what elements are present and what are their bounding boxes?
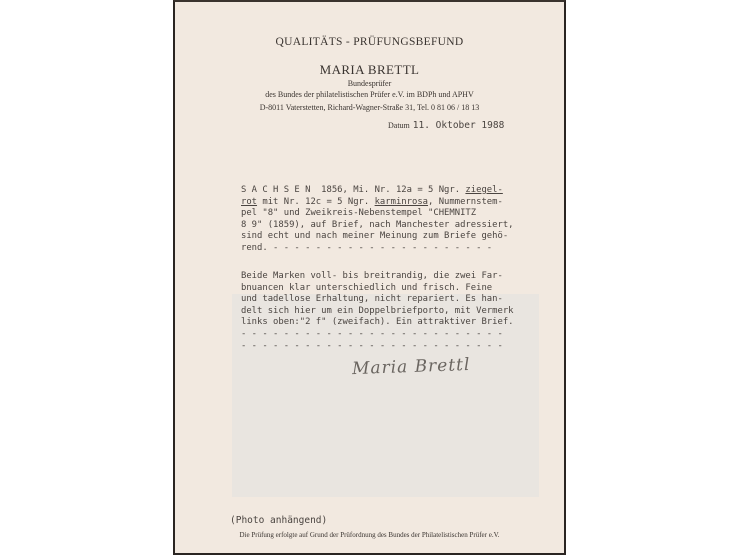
certificate-sheet: QUALITÄTS - PRÜFUNGSBEFUND MARIA BRETTL … <box>173 0 566 555</box>
text-segment: mit Nr. 12c = 5 Ngr. <box>257 197 375 207</box>
condition-paragraph: Beide Marken voll- bis breitrandig, die … <box>241 271 551 352</box>
certificate-title: QUALITÄTS - PRÜFUNGSBEFUND <box>175 36 564 48</box>
underlined-term: karminrosa <box>375 197 428 207</box>
photo-attached-note: (Photo anhängend) <box>230 515 327 526</box>
text-line: und tadellose Erhaltung, nicht repariert… <box>241 294 503 304</box>
text-line: sind echt und nach meiner Meinung zum Br… <box>241 231 508 241</box>
dash-line: - - - - - - - - - - - - - - - - - - - - … <box>241 329 503 339</box>
document-viewer: QUALITÄTS - PRÜFUNGSBEFUND MARIA BRETTL … <box>0 0 740 557</box>
date-value: 11. Oktober 1988 <box>413 120 505 131</box>
text-line: Beide Marken voll- bis breitrandig, die … <box>241 271 503 281</box>
examiner-role: Bundesprüfer <box>175 79 564 88</box>
date-line: Datum11. Oktober 1988 <box>388 120 504 131</box>
dash-line: - - - - - - - - - - - - - - - - - - - - … <box>241 341 503 351</box>
text-segment: , Nummernstem- <box>428 197 503 207</box>
examiner-name: MARIA BRETTL <box>175 62 564 78</box>
signature: Maria Brettl <box>352 355 471 379</box>
text-segment: S A C H S E N 1856, Mi. Nr. 12a = 5 Ngr. <box>241 185 465 195</box>
underlined-term: ziegel- <box>465 185 502 195</box>
examiner-address: D-8011 Vaterstetten, Richard-Wagner-Stra… <box>175 103 564 112</box>
legal-footer: Die Prüfung erfolgte auf Grund der Prüfo… <box>175 531 564 539</box>
examiner-association: des Bundes der philatelistischen Prüfer … <box>175 90 564 99</box>
description-paragraph: S A C H S E N 1856, Mi. Nr. 12a = 5 Ngr.… <box>241 185 551 255</box>
date-label: Datum <box>388 121 410 130</box>
text-line: rend. - - - - - - - - - - - - - - - - - … <box>241 243 492 253</box>
text-line: 8 9" (1859), auf Brief, nach Manchester … <box>241 220 514 230</box>
text-line: links oben:"2 f" (zweifach). Ein attrakt… <box>241 317 514 327</box>
text-line: pel "8" und Zweikreis-Nebenstempel "CHEM… <box>241 208 476 218</box>
text-line: bnuancen klar unterschiedlich und frisch… <box>241 283 492 293</box>
text-line: delt sich hier um ein Doppelbriefporto, … <box>241 306 514 316</box>
underlined-term: rot <box>241 197 257 207</box>
